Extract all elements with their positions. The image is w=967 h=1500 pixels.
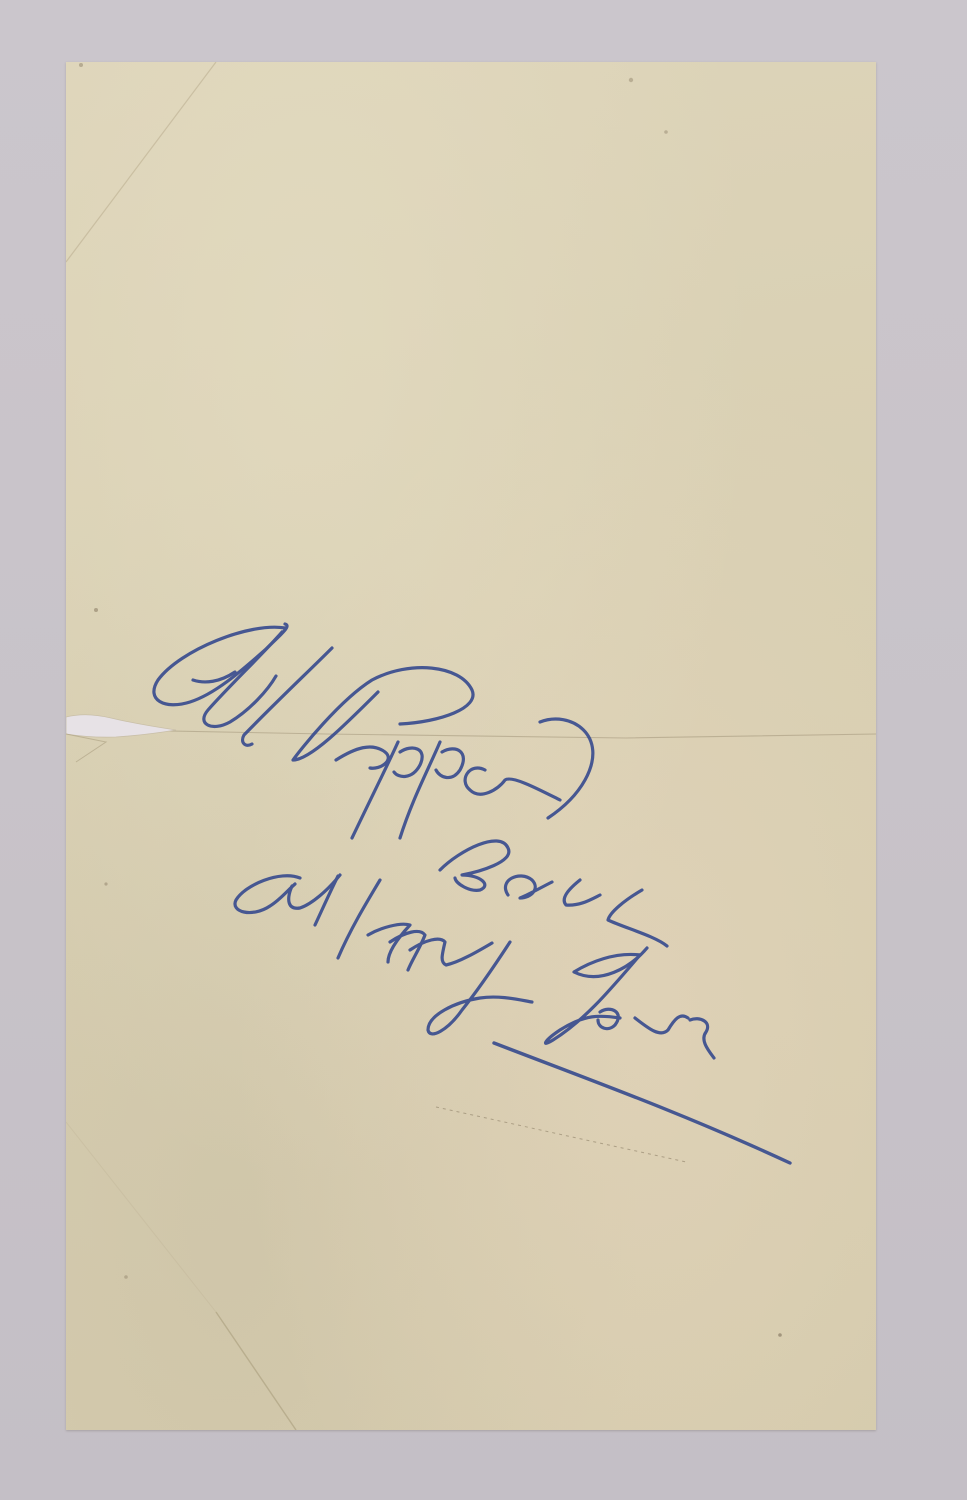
signature-name: Al Pappa bbox=[0, 0, 1, 1]
paper-texture-creases bbox=[66, 62, 876, 1430]
inscription-transcript: Al Pappa Bass All my Love bbox=[0, 0, 1, 1]
autograph-paper bbox=[66, 62, 876, 1430]
